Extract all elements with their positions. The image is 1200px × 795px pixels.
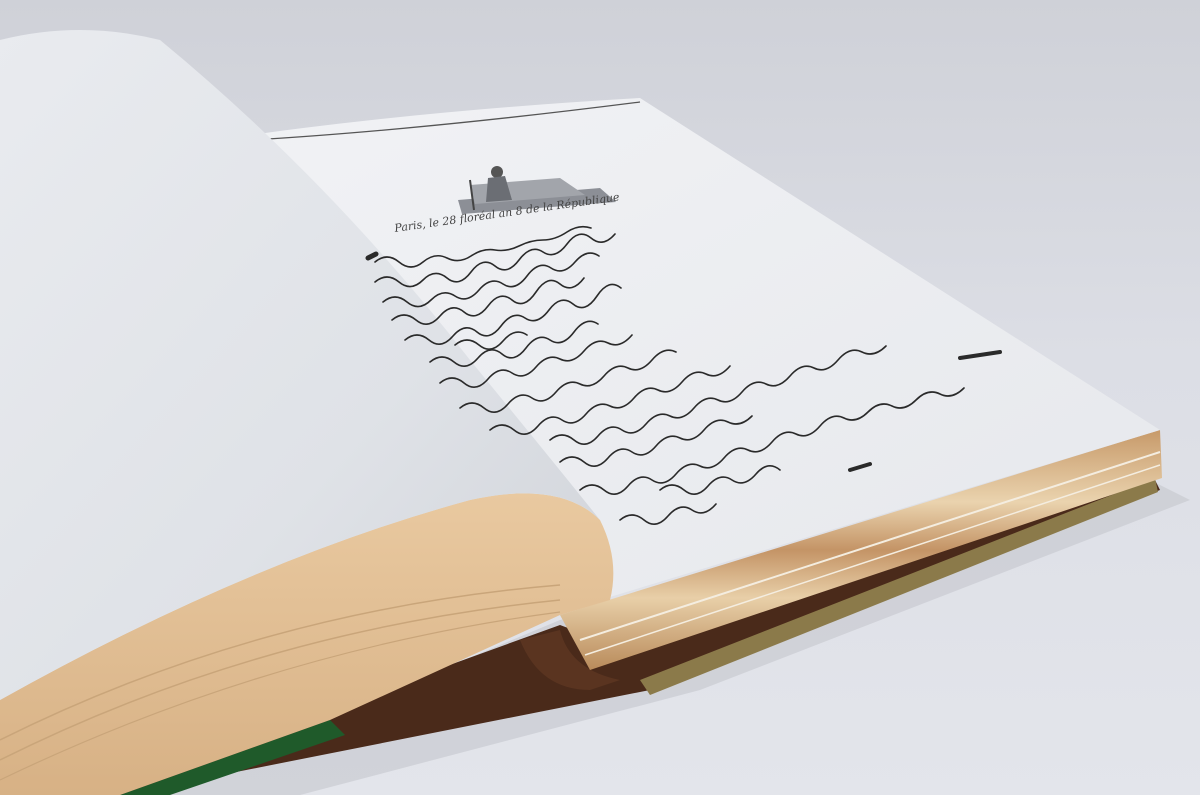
photo-scene: Paris, le 28 floréal an 8 de la Républiq… xyxy=(0,0,1200,795)
letter-heading: Paris, le 28 floréal an 8 de la Républiq… xyxy=(8,778,188,789)
book-illustration: Paris, le 28 floréal an 8 de la Républiq… xyxy=(0,0,1200,795)
